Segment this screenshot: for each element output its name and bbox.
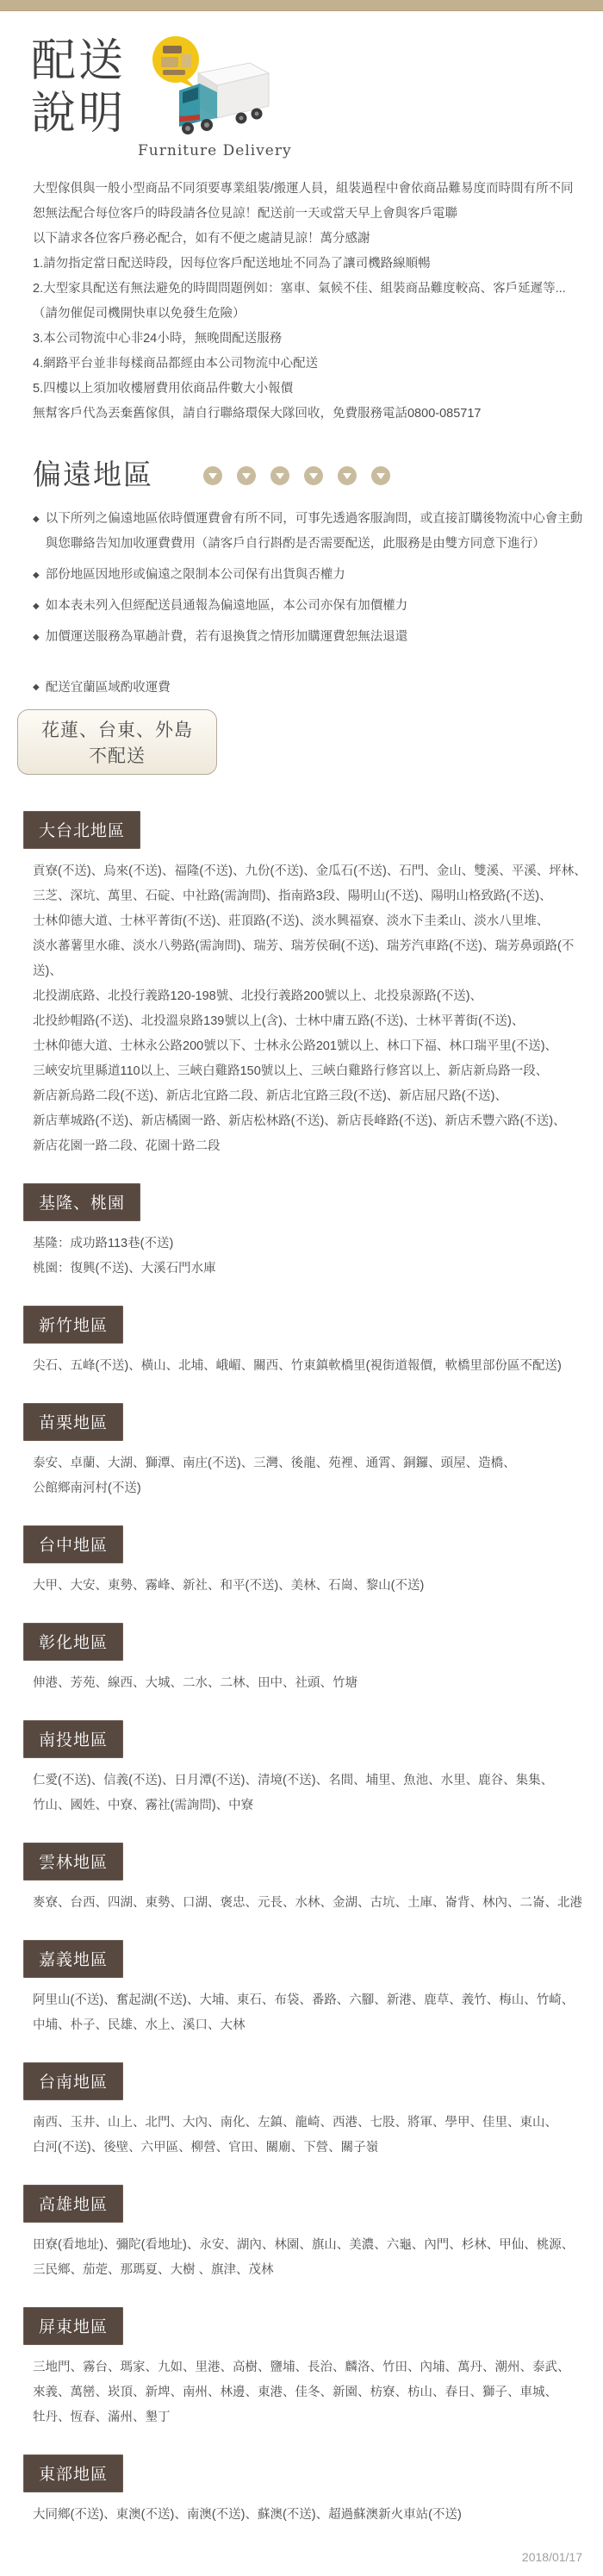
- remote-area-note: ◆以下所列之偏遠地區依時價運費會有所不同，可事先透過客服詢問，或直接訂購後物流中…: [33, 507, 584, 557]
- region-section: 南投地區 仁愛(不送)、信義(不送)、日月潭(不送)、清境(不送)、名間、埔里、…: [0, 1705, 603, 1818]
- region-section: 大台北地區 貢寮(不送)、烏來(不送)、福隆(不送)、九份(不送)、金瓜石(不送…: [0, 795, 603, 1159]
- furniture-bubble-icon: [152, 36, 199, 89]
- page-header: 配送 說明: [0, 11, 603, 159]
- diamond-bullet-icon: ◆: [33, 678, 40, 697]
- delivery-truck-icon: [150, 35, 279, 140]
- region-header: 彰化地區: [23, 1623, 123, 1661]
- remote-area-title-row: 偏遠地區: [0, 427, 603, 495]
- region-header: 新竹地區: [23, 1306, 123, 1344]
- intro-paragraph: 1.請勿指定當日配送時段，因每位客戶配送地址不同為了讓司機路線順暢: [33, 252, 584, 277]
- intro-paragraph: （請勿催促司機開快車以免發生危險）: [33, 302, 584, 327]
- top-accent-bar: [0, 0, 603, 11]
- region-section: 基隆、桃園 基隆：成功路113巷(不送) 桃園：復興(不送)、大溪石門水庫: [0, 1168, 603, 1282]
- down-arrow-icon: [237, 466, 256, 485]
- down-arrow-icon: [338, 466, 357, 485]
- region-section: 台南地區 南西、玉井、山上、北門、大內、南化、左鎮、龍崎、西港、七股、將軍、學甲…: [0, 2047, 603, 2161]
- region-section: 雲林地區 麥寮、台西、四湖、東勢、口湖、褒忠、元長、水林、金湖、古坑、土庫、崙背…: [0, 1827, 603, 1916]
- region-header: 屏東地區: [23, 2307, 123, 2345]
- intro-paragraph: 無幫客戶代為丟棄舊傢俱，請自行聯絡環保大隊回收，免費服務電話0800-08571…: [33, 402, 584, 427]
- region-content: 泰安、卓蘭、大湖、獅潭、南庄(不送)、三灣、後龍、苑裡、通霄、銅鑼、頭屋、造橋、…: [33, 1451, 587, 1501]
- remote-area-note: ◆如本表未列入但經配送員通報為偏遠地區，本公司亦保有加價權力: [33, 594, 584, 619]
- intro-paragraph: 4.網路平台並非每樣商品都經由本公司物流中心配送: [33, 352, 584, 377]
- region-content: 尖石、五峰(不送)、橫山、北埔、峨嵋、關西、竹東鎮軟橋里(視街道報價，軟橋里部份…: [33, 1354, 587, 1379]
- region-section: 苗栗地區 泰安、卓蘭、大湖、獅潭、南庄(不送)、三灣、後龍、苑裡、通霄、銅鑼、頭…: [0, 1388, 603, 1501]
- region-content: 田寮(看地址)、彌陀(看地址)、永安、湖內、林園、旗山、美濃、六龜、內門、杉林、…: [33, 2233, 587, 2283]
- region-section: 台中地區 大甲、大安、東勢、霧峰、新社、和平(不送)、美林、石崗、黎山(不送): [0, 1510, 603, 1599]
- region-content: 大同鄉(不送)、東澳(不送)、南澳(不送)、蘇澳(不送)、超過蘇澳新火車站(不送…: [33, 2503, 587, 2528]
- note-text: 加價運送服務為單趟計費，若有退換貨之情形加購運費恕無法退還: [46, 625, 408, 650]
- intro-paragraphs: 大型傢俱與一般小型商品不同須要專業組裝/搬運人員，組裝過程中會依商品難易度而時間…: [0, 159, 603, 427]
- surcharge-note-row: ◆ 配送宜蘭區域酌收運費: [0, 656, 603, 697]
- region-header: 大台北地區: [23, 811, 140, 849]
- region-section: 彰化地區 伸港、芳苑、線西、大城、二水、二林、田中、社頭、竹塘: [0, 1607, 603, 1696]
- intro-paragraph: 以下請求各位客戶務必配合，如有不便之處請見諒！萬分感謝: [33, 227, 584, 252]
- intro-paragraph: 恕無法配合每位客戶的時段請各位見諒！配送前一天或當天早上會與客戶電聯: [33, 202, 584, 227]
- arrow-badge-row: [203, 461, 390, 485]
- page-date: 2018/01/17: [0, 2536, 603, 2576]
- remote-area-note: ◆部份地區因地形或偏遠之限制本公司保有出貨與否權力: [33, 563, 584, 588]
- note-text: 如本表未列入但經配送員通報為偏遠地區，本公司亦保有加價權力: [46, 594, 408, 619]
- region-content: 三地門、霧台、瑪家、九如、里港、高樹、鹽埔、長治、麟洛、竹田、內埔、萬丹、潮州、…: [33, 2355, 587, 2430]
- region-section: 屏東地區 三地門、霧台、瑪家、九如、里港、高樹、鹽埔、長治、麟洛、竹田、內埔、萬…: [0, 2292, 603, 2430]
- intro-paragraph: 5.四樓以上須加收樓層費用依商品件數大小報價: [33, 377, 584, 402]
- diamond-bullet-icon: ◆: [33, 563, 40, 588]
- regions-list: 大台北地區 貢寮(不送)、烏來(不送)、福隆(不送)、九份(不送)、金瓜石(不送…: [0, 775, 603, 2528]
- region-content: 大甲、大安、東勢、霧峰、新社、和平(不送)、美林、石崗、黎山(不送): [33, 1574, 587, 1599]
- region-content: 南西、玉井、山上、北門、大內、南化、左鎮、龍崎、西港、七股、將軍、學甲、佳里、東…: [33, 2111, 587, 2161]
- region-section: 新竹地區 尖石、五峰(不送)、橫山、北埔、峨嵋、關西、竹東鎮軟橋里(視街道報價，…: [0, 1290, 603, 1379]
- no-delivery-areas-button[interactable]: 花蓮、台東、外島不配送: [17, 709, 217, 775]
- region-content: 基隆：成功路113巷(不送) 桃園：復興(不送)、大溪石門水庫: [33, 1232, 587, 1282]
- region-header: 高雄地區: [23, 2185, 123, 2223]
- region-content: 仁愛(不送)、信義(不送)、日月潭(不送)、清境(不送)、名間、埔里、魚池、水里…: [33, 1768, 587, 1818]
- down-arrow-icon: [371, 466, 390, 485]
- region-content: 阿里山(不送)、奮起湖(不送)、大埔、東石、布袋、番路、六腳、新港、鹿草、義竹、…: [33, 1988, 587, 2038]
- note-text: 部份地區因地形或偏遠之限制本公司保有出貨與否權力: [46, 563, 345, 588]
- region-section: 嘉義地區 阿里山(不送)、奮起湖(不送)、大埔、東石、布袋、番路、六腳、新港、鹿…: [0, 1924, 603, 2038]
- diamond-bullet-icon: ◆: [33, 594, 40, 619]
- region-header: 台中地區: [23, 1525, 123, 1563]
- region-header: 南投地區: [23, 1720, 123, 1758]
- header-subtitle: Furniture Delivery: [138, 142, 292, 159]
- down-arrow-icon: [203, 466, 222, 485]
- remote-area-note: ◆加價運送服務為單趟計費，若有退換貨之情形加購運費恕無法退還: [33, 625, 584, 650]
- region-header: 嘉義地區: [23, 1940, 123, 1978]
- remote-area-notes: ◆以下所列之偏遠地區依時價運費會有所不同，可事先透過客服詢問，或直接訂購後物流中…: [0, 495, 603, 650]
- region-content: 貢寮(不送)、烏來(不送)、福隆(不送)、九份(不送)、金瓜石(不送)、石門、金…: [33, 859, 587, 1159]
- note-text: 以下所列之偏遠地區依時價運費會有所不同，可事先透過客服詢問，或直接訂購後物流中心…: [46, 507, 584, 557]
- down-arrow-icon: [270, 466, 289, 485]
- diamond-bullet-icon: ◆: [33, 625, 40, 650]
- region-content: 麥寮、台西、四湖、東勢、口湖、褒忠、元長、水林、金湖、古坑、土庫、崙背、林內、二…: [33, 1891, 587, 1916]
- region-header: 雲林地區: [23, 1843, 123, 1881]
- down-arrow-icon: [304, 466, 323, 485]
- region-section: 高雄地區 田寮(看地址)、彌陀(看地址)、永安、湖內、林園、旗山、美濃、六龜、內…: [0, 2169, 603, 2283]
- region-header: 台南地區: [23, 2062, 123, 2100]
- remote-area-title: 偏遠地區: [33, 452, 153, 493]
- region-header: 基隆、桃園: [23, 1183, 140, 1221]
- intro-paragraph: 2.大型家具配送有無法避免的時間問題例如：塞車、氣候不佳、組裝商品難度較高、客戶…: [33, 277, 584, 302]
- diamond-bullet-icon: ◆: [33, 507, 40, 557]
- intro-paragraph: 大型傢俱與一般小型商品不同須要專業組裝/搬運人員，組裝過程中會依商品難易度而時間…: [33, 177, 584, 202]
- region-section: 東部地區 大同鄉(不送)、東澳(不送)、南澳(不送)、蘇澳(不送)、超過蘇澳新火…: [0, 2439, 603, 2528]
- region-header: 苗栗地區: [23, 1403, 123, 1441]
- intro-paragraph: 3.本公司物流中心非24小時，無晚間配送服務: [33, 327, 584, 352]
- region-content: 伸港、芳苑、線西、大城、二水、二林、田中、社頭、竹塘: [33, 1671, 587, 1696]
- page-title: 配送 說明: [31, 35, 126, 141]
- region-header: 東部地區: [23, 2454, 123, 2492]
- surcharge-note: 配送宜蘭區域酌收運費: [46, 678, 171, 697]
